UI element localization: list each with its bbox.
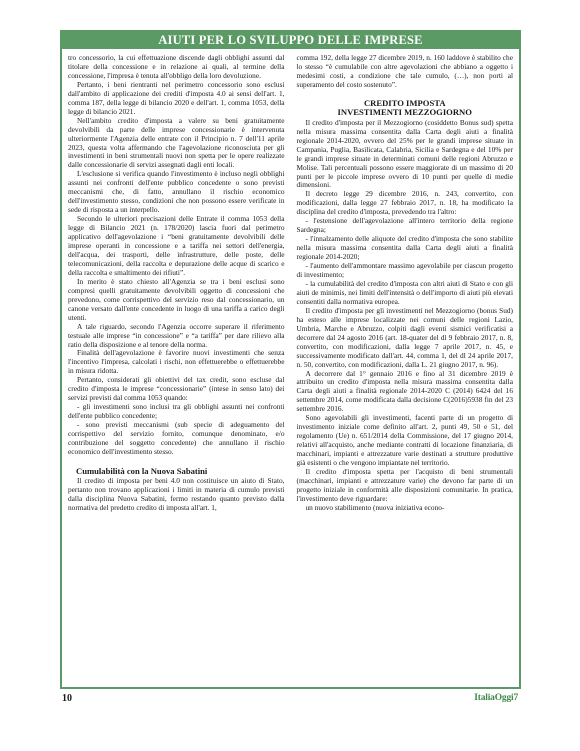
bullet-item: - sono previsti meccanismi (sub specie d… <box>68 421 285 457</box>
paragraph: L'esclusione si verifica quando l'invest… <box>68 170 285 215</box>
page-number: 10 <box>62 693 72 704</box>
paragraph: Pertanto, i beni rientranti nel perimetr… <box>68 81 285 117</box>
paragraph: Il credito d'imposta per il Mezzogiorno … <box>297 119 514 191</box>
right-column: comma 192, della legge 27 dicembre 2019,… <box>297 54 514 683</box>
paragraph: comma 192, della legge 27 dicembre 2019,… <box>297 54 514 90</box>
subheading: Cumulabilità con la Nuova Sabatini <box>76 466 285 476</box>
paragraph: In merito è stato chiesto all'Agenzia se… <box>68 278 285 323</box>
paragraph: Pertanto, considerati gli obiettivi del … <box>68 376 285 403</box>
paragraph: Finalità dell'agevolazione è favorire nu… <box>68 349 285 376</box>
paragraph: un nuovo stabilimento (nuova iniziativa … <box>297 504 514 513</box>
publication-logo: ItaliaOggi7 <box>474 693 518 703</box>
paragraph: A tale riguardo, secondo l'Agenzia occor… <box>68 323 285 350</box>
paragraph: Il decreto legge 29 dicembre 2016, n. 24… <box>297 190 514 217</box>
article-frame: AIUTI PER LO SVILUPPO DELLE IMPRESE tro … <box>60 30 521 689</box>
article-columns: tro concessorio, la cui effettuazione di… <box>68 54 513 683</box>
paragraph: Sono agevolabili gli investimenti, facen… <box>297 414 514 468</box>
left-column: tro concessorio, la cui effettuazione di… <box>68 54 285 683</box>
section-title: CREDITO IMPOSTA INVESTIMENTI MEZZOGIORNO <box>297 99 514 118</box>
paragraph: tro concessorio, la cui effettuazione di… <box>68 54 285 81</box>
paragraph: A decorrere dal 1° gennaio 2016 e fino a… <box>297 370 514 415</box>
bullet-item: - l'innalzamento delle aliquote del cred… <box>297 235 514 262</box>
section-title-line: INVESTIMENTI MEZZOGIORNO <box>297 108 514 118</box>
bullet-item: - la cumulabilità del credito d'imposta … <box>297 280 514 307</box>
paragraph: Secondo le ulteriori precisazioni delle … <box>68 215 285 278</box>
paragraph: Il credito di imposta per beni 4.0 non c… <box>68 477 285 513</box>
paragraph: Nell'ambito credito d'imposta a valere s… <box>68 117 285 171</box>
section-header: AIUTI PER LO SVILUPPO DELLE IMPRESE <box>62 32 519 49</box>
paragraph: Il credito d'imposta per gli investiment… <box>297 307 514 370</box>
bullet-item: - gli investimenti sono inclusi tra gli … <box>68 403 285 421</box>
paragraph: Il credito d'imposta spetta per l'acquis… <box>297 468 514 504</box>
bullet-item: - l'estensione dell'agevolazione all'int… <box>297 217 514 235</box>
bullet-item: - l'aumento dell'ammontare massimo agevo… <box>297 262 514 280</box>
